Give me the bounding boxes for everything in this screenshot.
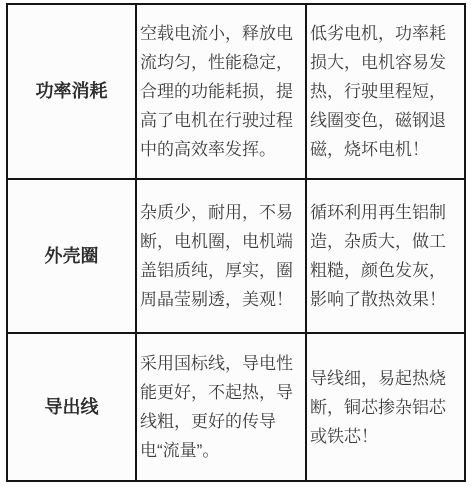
good-motor-wire-cell: 采用国标线，导电性能更好，不起热，导线粗，更好的传导电“流量”。 — [136, 333, 306, 481]
comparison-table: 功率消耗 空载电流小，释放电流均匀，性能稳定，合理的功能耗损，提高了电机在行驶过… — [6, 3, 466, 482]
table-row-shell-ring: 外壳圈 杂质少，耐用，不易断，电机圈，电机端盖铝质纯，厚实，圈周晶莹剔透，美观！… — [7, 179, 465, 333]
row-label-power-consumption: 功率消耗 — [7, 4, 136, 179]
row-label-lead-wire: 导出线 — [7, 333, 136, 481]
table-row-lead-wire: 导出线 采用国标线，导电性能更好，不起热，导线粗，更好的传导电“流量”。 导线细… — [7, 333, 465, 481]
bad-motor-wire-cell: 导线细，易起热烧断，铜芯掺杂铝芯或铁芯！ — [306, 333, 465, 481]
row-label-shell-ring: 外壳圈 — [7, 179, 136, 333]
table-row-power-consumption: 功率消耗 空载电流小，释放电流均匀，性能稳定，合理的功能耗损，提高了电机在行驶过… — [7, 4, 465, 179]
good-motor-power-cell: 空载电流小，释放电流均匀，性能稳定，合理的功能耗损，提高了电机在行驶过程中的高效… — [136, 4, 306, 179]
page: 功率消耗 空载电流小，释放电流均匀，性能稳定，合理的功能耗损，提高了电机在行驶过… — [0, 0, 471, 487]
bad-motor-power-cell: 低劣电机，功率耗损大，电机容易发热，行驶里程短，线圈变色，磁钢退磁，烧坏电机！ — [306, 4, 465, 179]
bad-motor-shell-cell: 循环利用再生铝制造，杂质大，做工粗糙，颜色发灰，影响了散热效果！ — [306, 179, 465, 333]
good-motor-shell-cell: 杂质少，耐用，不易断，电机圈，电机端盖铝质纯，厚实，圈周晶莹剔透，美观！ — [136, 179, 306, 333]
